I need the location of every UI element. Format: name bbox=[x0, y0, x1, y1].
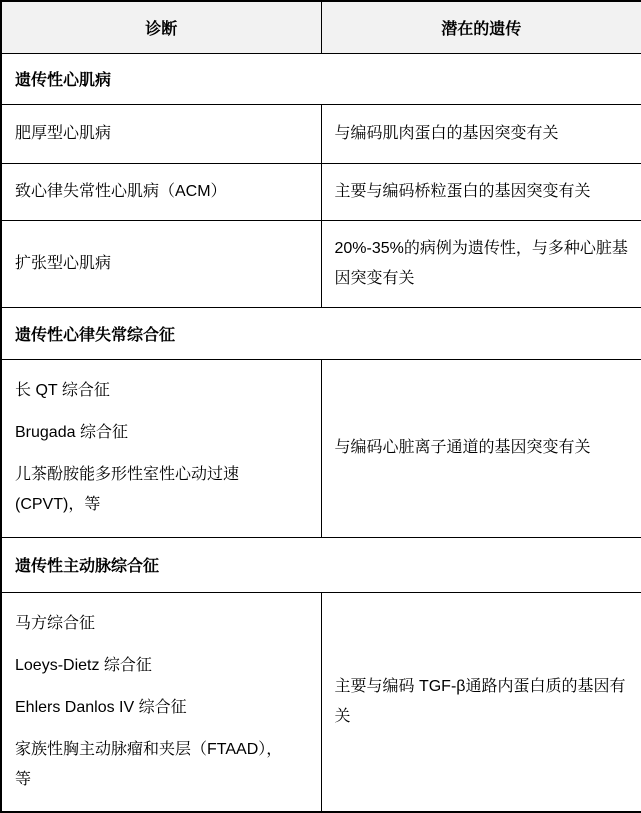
diagnosis-text: Loeys-Dietz 综合征 bbox=[15, 651, 308, 681]
diagnosis-text: Ehlers Danlos IV 综合征 bbox=[15, 693, 308, 723]
diagnosis-cell: 长 QT 综合征 Brugada 综合征 儿茶酚胺能多形性室性心动过速 (CPV… bbox=[1, 359, 321, 537]
section-row-aortic: 遗传性主动脉综合征 bbox=[1, 537, 641, 592]
table-row: 致心律失常性心肌病（ACM） 主要与编码桥粒蛋白的基因突变有关 bbox=[1, 163, 641, 220]
genetics-cell: 主要与编码桥粒蛋白的基因突变有关 bbox=[321, 163, 641, 220]
diagnosis-cell: 致心律失常性心肌病（ACM） bbox=[1, 163, 321, 220]
diagnosis-text: 长 QT 综合征 bbox=[15, 376, 308, 406]
section-row-arrhythmia: 遗传性心律失常综合征 bbox=[1, 307, 641, 359]
section-title: 遗传性心律失常综合征 bbox=[1, 307, 641, 359]
table-row: 扩张型心肌病 20%-35%的病例为遗传性，与多种心脏基因突变有关 bbox=[1, 220, 641, 307]
section-title: 遗传性主动脉综合征 bbox=[1, 537, 641, 592]
diagnosis-text: 儿茶酚胺能多形性室性心动过速 bbox=[15, 460, 308, 490]
diagnosis-text: 肥厚型心肌病 bbox=[15, 119, 308, 149]
table-row: 肥厚型心肌病 与编码肌肉蛋白的基因突变有关 bbox=[1, 104, 641, 163]
diagnosis-text: Brugada 综合征 bbox=[15, 418, 308, 448]
genetics-text: 主要与编码桥粒蛋白的基因突变有关 bbox=[335, 177, 629, 207]
genetics-cell: 与编码肌肉蛋白的基因突变有关 bbox=[321, 104, 641, 163]
diagnosis-text: 等 bbox=[15, 765, 308, 795]
table-header-row: 诊断 潜在的遗传 bbox=[1, 1, 641, 53]
genetics-cell: 主要与编码 TGF-β通路内蛋白质的基因有关 bbox=[321, 592, 641, 812]
diagnosis-cell: 扩张型心肌病 bbox=[1, 220, 321, 307]
genetics-cell: 20%-35%的病例为遗传性，与多种心脏基因突变有关 bbox=[321, 220, 641, 307]
diagnosis-text: 扩张型心肌病 bbox=[15, 249, 308, 279]
table-row: 长 QT 综合征 Brugada 综合征 儿茶酚胺能多形性室性心动过速 (CPV… bbox=[1, 359, 641, 537]
diagnosis-cell: 马方综合征 Loeys-Dietz 综合征 Ehlers Danlos IV 综… bbox=[1, 592, 321, 812]
genetics-text: 与编码心脏离子通道的基因突变有关 bbox=[335, 433, 629, 463]
diagnosis-text: (CPVT)，等 bbox=[15, 490, 308, 520]
table-row: 马方综合征 Loeys-Dietz 综合征 Ehlers Danlos IV 综… bbox=[1, 592, 641, 812]
genetics-text: 主要与编码 TGF-β通路内蛋白质的基因有关 bbox=[335, 672, 629, 732]
diagnosis-cell: 肥厚型心肌病 bbox=[1, 104, 321, 163]
genetics-table: 诊断 潜在的遗传 遗传性心肌病 肥厚型心肌病 与编码肌肉蛋白的基因突变有关 致心… bbox=[0, 0, 641, 813]
genetics-cell: 与编码心脏离子通道的基因突变有关 bbox=[321, 359, 641, 537]
diagnosis-text: 致心律失常性心肌病（ACM） bbox=[15, 177, 308, 207]
genetics-text: 与编码肌肉蛋白的基因突变有关 bbox=[335, 119, 629, 149]
diagnosis-text: 马方综合征 bbox=[15, 609, 308, 639]
genetics-text: 20%-35%的病例为遗传性，与多种心脏基因突变有关 bbox=[335, 234, 629, 294]
column-header-diagnosis: 诊断 bbox=[1, 1, 321, 53]
section-title: 遗传性心肌病 bbox=[1, 53, 641, 104]
section-row-cardiomyopathy: 遗传性心肌病 bbox=[1, 53, 641, 104]
diagnosis-text: 家族性胸主动脉瘤和夹层（FTAAD）， bbox=[15, 735, 308, 765]
column-header-genetics: 潜在的遗传 bbox=[321, 1, 641, 53]
